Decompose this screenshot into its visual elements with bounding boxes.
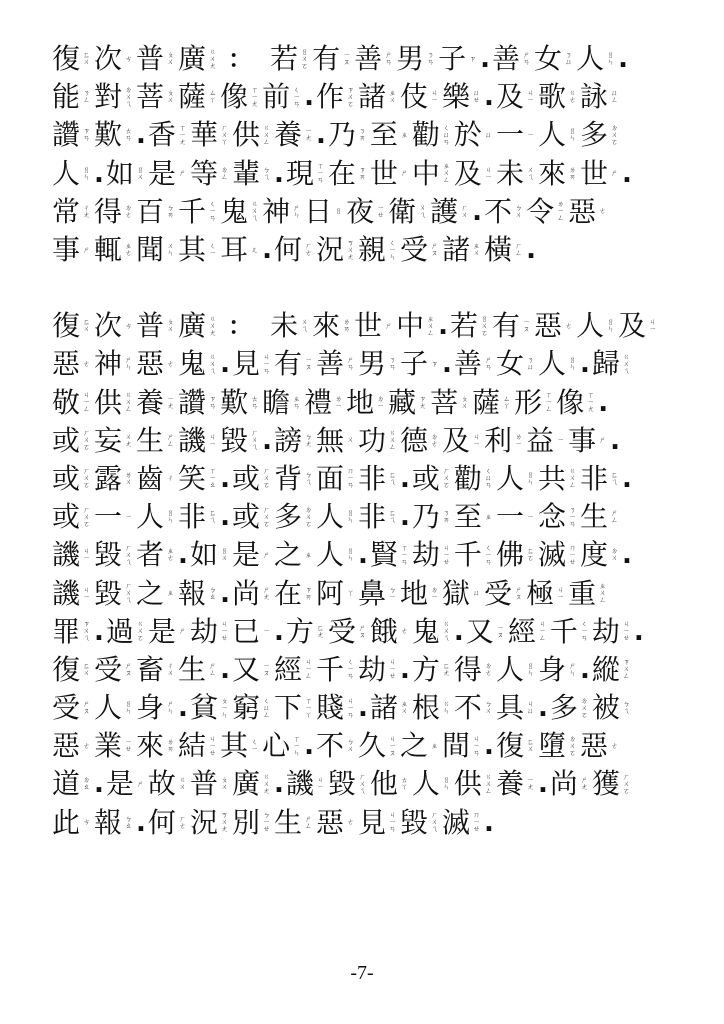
annotated-character: 中ㄓㄨㄥ [396,310,436,342]
hanzi: 報 [178,578,206,610]
annotated-character: 禮ㄌㄧ [304,387,344,419]
annotated-character: 罪ㄗㄨㄟ [52,616,92,648]
hanzi: 善 [454,348,482,380]
zhuyin-annotation: ㄓㄢ [291,396,302,410]
hanzi: 人 [538,348,566,380]
zhuyin-annotation: ㄖㄣ [525,663,536,677]
zhuyin-annotation: ㄍㄨㄥ [483,774,494,795]
annotated-character: 滅ㄇㄧㄝ [442,807,482,839]
annotated-character: 譏ㄐㄧ [52,578,92,610]
hanzi: 齒 [136,463,164,495]
hanzi: 非 [358,501,386,533]
hanzi: 惡 [136,348,164,380]
zhuyin-annotation: ㄉㄜ [429,434,440,448]
period-mark: . [136,116,146,154]
zhuyin-annotation: ㄑㄩㄢ [441,125,452,146]
annotated-character: 間ㄐㄧㄢ [442,730,482,762]
zhuyin-annotation: ㄕㄣ [165,701,176,715]
zhuyin-annotation: ㄑㄧㄢ [483,545,494,566]
annotated-character: 是ㄕ [232,539,272,571]
hanzi: 惡 [52,730,80,762]
zhuyin-annotation: ㄑㄧ [249,739,260,753]
annotated-character: 人ㄖㄣ [538,119,578,151]
hanzi: 勸 [412,119,440,151]
zhuyin-annotation: ㄑㄧㄣ [387,240,398,261]
hanzi: 廣 [178,43,206,75]
annotated-character: 來ㄌㄞ [136,730,176,762]
hanzi: 度 [580,539,608,571]
annotated-character: 益ㄧ [526,425,566,457]
annotated-character: 伎ㄐㄧ [400,81,440,113]
zhuyin-annotation: ㄉㄠ [81,777,92,791]
zhuyin-annotation: ㄎㄨㄤ [345,240,356,261]
annotated-character: 重ㄓㄨㄥ [568,578,608,610]
hanzi: 方 [412,654,440,686]
annotated-character: 善ㄕㄢ [454,348,494,380]
zhuyin-annotation: ㄆㄨ [165,90,176,104]
text-line: 事ㄕ輒ㄓㄜ聞ㄨㄣ其ㄑㄧ耳ㄦ.何ㄏㄜ況ㄎㄨㄤ親ㄑㄧㄣ受ㄕㄡ諸ㄓㄨ橫ㄏㄥ. [52,231,692,269]
annotated-character: 於ㄩ [454,119,494,151]
zhuyin-annotation: ㄜ [345,819,356,826]
hanzi: 衛 [388,196,416,228]
zhuyin-annotation: ㄍㄨ [177,777,188,791]
annotated-character: 現ㄒㄧㄢ [286,158,326,190]
annotated-character: 已ㄧ [232,616,272,648]
annotated-character: 貧ㄆㄧㄣ [190,692,230,724]
hanzi: 道 [52,768,80,800]
hanzi: 形 [514,387,542,419]
hanzi: 至 [370,119,398,151]
zhuyin-annotation: ㄆㄨ [165,52,176,66]
annotated-character: 男ㄋㄢ [358,348,398,380]
annotated-character: 具ㄐㄩ [496,692,536,724]
hanzi: 廣 [232,768,260,800]
hanzi: 賤 [316,692,344,724]
hanzi: 是 [106,768,134,800]
annotated-character: 歎ㄊㄢ [94,119,134,151]
zhuyin-annotation: ㄏㄨㄚ [219,125,230,146]
annotated-character: 來ㄌㄞ [538,158,578,190]
hanzi: 善 [492,43,520,75]
period-mark: . [622,155,632,193]
annotated-character: 根ㄍㄣ [412,692,452,724]
period-mark: . [220,498,230,536]
zhuyin-annotation: ㄒㄧㄢ [315,163,326,184]
zhuyin-annotation: ㄧㄤ [165,396,176,410]
hanzi: 乃 [412,501,440,533]
annotated-character: 普ㄆㄨ [136,43,176,75]
zhuyin-annotation: ㄏㄨㄟ [429,812,440,833]
annotated-character: 在ㄗㄞ [328,158,368,190]
hanzi: 貧 [190,692,218,724]
hanzi: 獄 [442,578,470,610]
annotated-character: 毀ㄏㄨㄟ [94,578,134,610]
zhuyin-annotation: ㄗㄞ [303,587,314,601]
hanzi: 見 [232,348,260,380]
zhuyin-annotation: ㄕㄡ [429,243,440,257]
hanzi: 薩 [472,387,500,419]
hanzi: 受 [94,654,122,686]
zhuyin-annotation: ㄒㄧㄤ [585,392,596,413]
zhuyin-annotation: ㄐㄧㄢ [387,812,398,833]
zhuyin-annotation: ㄖㄣ [345,510,356,524]
annotated-character: 報ㄅㄠ [94,807,134,839]
period-mark: . [454,613,464,651]
hanzi: 地 [346,387,374,419]
zhuyin-annotation: ㄨㄣ [165,243,176,257]
zhuyin-annotation: ㄕㄡ [357,625,368,639]
hanzi: 或 [52,501,80,533]
hanzi: 惡 [568,196,596,228]
period-mark: . [484,78,494,116]
hanzi: 及 [454,158,482,190]
annotated-character: 薩ㄙㄚ [472,387,512,419]
hanzi: 之 [400,730,428,762]
hanzi: 惡 [52,348,80,380]
hanzi: 事 [568,425,596,457]
annotated-character: 廣ㄍㄨㄤ [178,43,218,75]
period-mark: . [220,460,230,498]
hanzi: 勸 [454,463,482,495]
zhuyin-annotation: ㄑㄧㄢ [207,201,218,222]
annotated-character: 諸ㄓㄨ [442,234,482,266]
annotated-character: 地ㄉㄧ [400,578,440,610]
annotated-character: 令ㄌㄧㄥ [526,196,566,228]
hanzi: 普 [190,768,218,800]
zhuyin-annotation: ㄑㄧ [207,243,218,257]
zhuyin-annotation: ㄨㄟ [525,167,536,181]
hanzi: 毀 [400,807,428,839]
hanzi: 或 [412,463,440,495]
annotated-character: 多ㄉㄨㄛ [550,692,590,724]
hanzi: 念 [538,501,566,533]
annotated-character: 非ㄈㄟ [358,501,398,533]
zhuyin-annotation: ㄐㄧ [315,777,326,791]
hanzi: 其 [178,234,206,266]
hanzi: 或 [232,501,260,533]
hanzi: 滅 [538,539,566,571]
annotated-character: 若ㄖㄨㄛ [450,310,490,342]
hanzi: 非 [358,463,386,495]
hanzi: 香 [148,119,176,151]
hanzi: 人 [316,501,344,533]
annotated-character: 乃ㄋㄞ [328,119,368,151]
annotated-character: 或ㄏㄨㄛ [412,463,452,495]
hanzi: 現 [286,158,314,190]
hanzi: 廣 [178,310,206,342]
zhuyin-annotation: ㄐㄧ [471,434,482,448]
text-line: 人ㄖㄣ.如ㄖㄨ是ㄕ等ㄉㄥ輩ㄅㄟ.現ㄒㄧㄢ在ㄗㄞ世ㄕ中ㄓㄨㄥ及ㄐㄧ未ㄨㄟ來ㄌㄞ世ㄕ… [52,155,692,193]
annotated-character: 歌ㄍㄜ [538,81,578,113]
zhuyin-annotation: ㄐㄧ [555,587,566,601]
zhuyin-annotation: ㄖㄨㄛ [299,49,310,70]
zhuyin-annotation: ㄐㄧ [647,319,658,333]
zhuyin-annotation: ㄋㄥ [81,90,92,104]
zhuyin-annotation: ㄐㄧㄝ [387,659,398,680]
zhuyin-annotation: ㄐㄧㄢ [471,736,482,757]
period-mark: . [262,422,272,460]
zhuyin-annotation: ㄉㄨㄛ [303,507,314,528]
hanzi: 獲 [592,768,620,800]
zhuyin-annotation: ㄔㄤ [81,205,92,219]
annotated-character: 敬ㄐㄧㄥ [52,387,92,419]
annotated-character: 毀ㄏㄨㄟ [94,539,134,571]
zhuyin-annotation: ㄜ [81,743,92,750]
zhuyin-annotation: ㄕ [609,170,620,177]
hanzi: 業 [94,730,122,762]
zhuyin-annotation: ㄕㄣ [567,663,578,677]
period-mark: . [262,231,272,269]
period-mark: . [220,651,230,689]
zhuyin-annotation: ㄧ [123,514,134,521]
zhuyin-annotation: ㄖㄣ [605,319,616,333]
hanzi: 受 [328,616,356,648]
hanzi: 有 [492,310,520,342]
annotated-character: 譏ㄐㄧ [178,425,218,457]
period-mark: . [598,384,608,422]
zhuyin-annotation: ㄈㄨ [81,663,92,677]
hanzi: 重 [568,578,596,610]
zhuyin-annotation: ㄌㄞ [165,739,176,753]
hanzi: 普 [136,310,164,342]
zhuyin-annotation: ㄓㄜ [123,243,134,257]
annotated-character: 供ㄍㄨㄥ [454,768,494,800]
annotated-character: 輒ㄓㄜ [94,234,134,266]
text-line: 或ㄏㄨㄛ一ㄧ人ㄖㄣ非ㄈㄟ.或ㄏㄨㄛ多ㄉㄨㄛ人ㄖㄣ非ㄈㄟ.乃ㄋㄞ至ㄓ一ㄧ念ㄋㄧㄢ生… [52,498,692,536]
zhuyin-annotation: ㄖㄣ [567,357,578,371]
zhuyin-annotation: ㄗ [429,361,440,368]
period-mark: . [622,536,632,574]
hanzi: 毀 [94,539,122,571]
text-line: 譏ㄐㄧ毀ㄏㄨㄟ者ㄓㄜ.如ㄖㄨ是ㄕ之ㄓ人ㄖㄣ.賢ㄒㄧㄢ劫ㄐㄧㄝ千ㄑㄧㄢ佛ㄈㄛ滅ㄇㄧ… [52,536,692,574]
annotated-character: 劫ㄐㄧㄝ [358,654,398,686]
zhuyin-annotation: ㄒㄧㄤ [249,87,260,108]
zhuyin-annotation: ㄕ [81,247,92,254]
annotated-character: 世ㄕ [580,158,620,190]
zhuyin-annotation: ㄏㄜ [177,816,188,830]
hanzi: 生 [178,654,206,686]
annotated-character: 尚ㄕㄤ [232,578,272,610]
hanzi: 能 [52,81,80,113]
hanzi: 薩 [178,81,206,113]
zhuyin-annotation: ㄕㄤ [261,587,272,601]
zhuyin-annotation: ㄨㄤ [123,434,134,448]
hanzi: 禮 [304,387,332,419]
zhuyin-annotation: ㄧ [555,437,566,444]
zhuyin-annotation: ㄈㄨ [525,739,536,753]
annotated-character: 佛ㄈㄛ [496,539,536,571]
zhuyin-annotation: ㄒㄧㄚ [303,698,314,719]
annotated-character: 親ㄑㄧㄣ [358,234,398,266]
zhuyin-annotation: ㄐㄧㄝ [207,736,218,757]
hanzi: 況 [190,807,218,839]
annotated-character: 惡ㄜ [52,348,92,380]
text-line: 能ㄋㄥ對ㄉㄨㄟ菩ㄆㄨ薩ㄙㄚ像ㄒㄧㄤ前ㄑㄧㄢ.作ㄗㄨㄛ諸ㄓㄨ伎ㄐㄧ樂ㄩㄝ.及ㄐㄧ歌… [52,78,692,116]
hanzi: 如 [190,539,218,571]
zhuyin-annotation: ㄏㄨㄛ [261,468,272,489]
annotated-character: 是ㄕ [148,158,188,190]
period-mark: . [634,613,644,651]
hanzi: 地 [400,578,428,610]
zhuyin-annotation: ㄊㄚ [399,777,410,791]
zhuyin-annotation: ㄐㄧㄝ [219,621,230,642]
zhuyin-annotation: ㄕㄡ [81,701,92,715]
hanzi: 善 [354,43,382,75]
zhuyin-annotation: ㄉㄥ [219,167,230,181]
period-mark: . [400,651,410,689]
zhuyin-annotation: ㄍㄨㄤ [261,774,272,795]
hanzi: 何 [148,807,176,839]
annotated-character: 未ㄨㄟ [270,310,310,342]
zhuyin-annotation: ㄧㄡ [261,663,272,677]
zhuyin-annotation: ㄚ [345,590,356,597]
hanzi: 人 [316,539,344,571]
zhuyin-annotation: ㄍㄣ [441,701,452,715]
zhuyin-annotation: ㄅㄞ [165,205,176,219]
annotated-character: 又ㄧㄡ [466,616,506,648]
zhuyin-annotation: ㄕㄢ [483,357,494,371]
zhuyin-annotation: ㄉㄨㄟ [123,87,134,108]
text-line: 或ㄏㄨㄛ露ㄌㄨ齒ㄔ笑ㄒㄧㄠ.或ㄏㄨㄛ背ㄅㄟ面ㄇㄧㄢ非ㄈㄟ.或ㄏㄨㄛ勸ㄑㄩㄢ人ㄖㄣ… [52,460,692,498]
annotated-character: 人ㄖㄣ [316,539,356,571]
zhuyin-annotation: ㄈㄤ [441,663,452,677]
zhuyin-annotation: ㄔ [165,475,176,482]
zhuyin-annotation: ㄓ [429,743,440,750]
annotated-character: 及ㄐㄧ [496,81,536,113]
hanzi: 歸 [592,348,620,380]
hanzi: 結 [178,730,206,762]
zhuyin-annotation: ㄍㄨㄥ [567,468,578,489]
annotated-character: 復ㄈㄨ [496,730,536,762]
zhuyin-annotation: ㄕ [261,552,272,559]
zhuyin-annotation: ㄊㄢ [249,396,260,410]
hanzi: 具 [496,692,524,724]
annotated-character: 鬼ㄍㄨㄟ [178,348,218,380]
zhuyin-annotation: ㄗㄨㄛ [345,87,356,108]
zhuyin-annotation: ㄕㄤ [579,777,590,791]
hanzi: 未 [496,158,524,190]
annotated-character: 有ㄧㄡ [274,348,314,380]
zhuyin-annotation: ㄧㄤ [303,128,314,142]
annotated-character: 供ㄍㄨㄥ [94,387,134,419]
annotated-character: 露ㄌㄨ [94,463,134,495]
zhuyin-annotation: ㄕㄢ [383,52,394,66]
period-mark: . [484,804,494,842]
zhuyin-annotation: ㄍㄜ [567,90,578,104]
hanzi: 對 [94,81,122,113]
annotated-character: 人ㄖㄣ [496,654,536,686]
hanzi: 供 [94,387,122,419]
annotated-character: 故ㄍㄨ [148,768,188,800]
zhuyin-annotation: ㄇㄧㄝ [567,545,578,566]
hanzi: 千 [454,539,482,571]
annotated-character: 何ㄏㄜ [148,807,188,839]
annotated-character: 讚ㄗㄢ [52,119,92,151]
hanzi: 人 [496,654,524,686]
colon-mark: ： [228,307,252,345]
hanzi: 前 [262,81,290,113]
hanzi: 千 [316,654,344,686]
hanzi: 供 [454,768,482,800]
hanzi: 見 [358,807,386,839]
zhuyin-annotation: ㄉㄨㄛ [567,736,578,757]
annotated-character: 背ㄅㄟ [274,463,314,495]
hanzi: 伎 [400,81,428,113]
annotated-character: 或ㄏㄨㄛ [52,501,92,533]
zhuyin-annotation: ㄕㄣ [123,357,134,371]
hanzi: 生 [580,501,608,533]
annotated-character: 神ㄕㄣ [94,348,134,380]
page-number: -7- [0,962,724,985]
annotated-character: 妄ㄨㄤ [94,425,134,457]
annotated-character: 千ㄑㄧㄢ [454,539,494,571]
annotated-character: 人ㄖㄣ [538,348,578,380]
zhuyin-annotation: ㄓ [399,132,410,139]
annotated-character: 諸ㄓㄨ [370,692,410,724]
zhuyin-annotation: ㄍㄨㄥ [387,430,398,451]
annotated-character: 或ㄏㄨㄛ [52,463,92,495]
hanzi: 復 [52,310,80,342]
zhuyin-annotation: ㄗ [467,56,478,63]
annotated-character: 墮ㄉㄨㄛ [538,730,578,762]
hanzi: 尚 [232,578,260,610]
zhuyin-annotation: ㄆㄧㄣ [219,698,230,719]
period-mark: . [618,40,628,78]
hanzi: 無 [316,425,344,457]
zhuyin-annotation: ㄕㄣ [291,205,302,219]
hanzi: 多 [580,119,608,151]
annotated-character: 過ㄍㄨㄛ [106,616,146,648]
text-line: 或ㄏㄨㄛ妄ㄨㄤ生ㄕㄥ譏ㄐㄧ毀ㄏㄨㄟ.謗ㄅㄤ無ㄨ功ㄍㄨㄥ德ㄉㄜ及ㄐㄧ利ㄌㄧ益ㄧ事ㄕ… [52,422,692,460]
annotated-character: 鼻ㄅㄧ [358,578,398,610]
annotated-character: 是ㄕ [106,768,146,800]
annotated-character: 下ㄒㄧㄚ [274,692,314,724]
zhuyin-annotation: ㄆㄨ [459,396,470,410]
text-line: 惡ㄜ神ㄕㄣ惡ㄜ鬼ㄍㄨㄟ.見ㄐㄧㄢ有ㄧㄡ善ㄕㄢ男ㄋㄢ子ㄗ.善ㄕㄢ女ㄋㄩ人ㄖㄣ.歸ㄍ… [52,345,692,383]
hanzi: 利 [484,425,512,457]
annotated-character: 對ㄉㄨㄟ [94,81,134,113]
hanzi: 謗 [274,425,302,457]
hanzi: 此 [52,807,80,839]
hanzi: 在 [328,158,356,190]
zhuyin-annotation: ㄑㄩㄢ [483,468,494,489]
hanzi: 劫 [592,616,620,648]
hanzi: 人 [412,768,440,800]
zhuyin-annotation: ㄋㄞ [357,128,368,142]
hanzi: 事 [52,234,80,266]
zhuyin-annotation: ㄋㄧㄢ [567,507,578,528]
annotated-character: 非ㄈㄟ [580,463,620,495]
annotated-character: 養ㄧㄤ [274,119,314,151]
annotated-character: 或ㄏㄨㄛ [232,501,272,533]
zhuyin-annotation: ㄑㄧㄢ [291,87,302,108]
annotated-character: 養ㄧㄤ [136,387,176,419]
annotated-character: 次ㄘ [94,310,134,342]
annotated-character: 善ㄕㄢ [316,348,356,380]
period-mark: . [220,345,230,383]
annotated-character: 受ㄕㄡ [328,616,368,648]
annotated-character: 復ㄈㄨ [52,654,92,686]
zhuyin-annotation: ㄋㄢ [425,52,436,66]
annotated-character: 諸ㄓㄨ [358,81,398,113]
hanzi: 餓 [370,616,398,648]
hanzi: 功 [358,425,386,457]
annotated-character: 劫ㄐㄧㄝ [190,616,230,648]
annotated-character: 百ㄅㄞ [136,196,176,228]
annotated-character: 等ㄉㄥ [190,158,230,190]
annotated-character: 養ㄧㄤ [496,768,536,800]
hanzi: 中 [396,310,424,342]
